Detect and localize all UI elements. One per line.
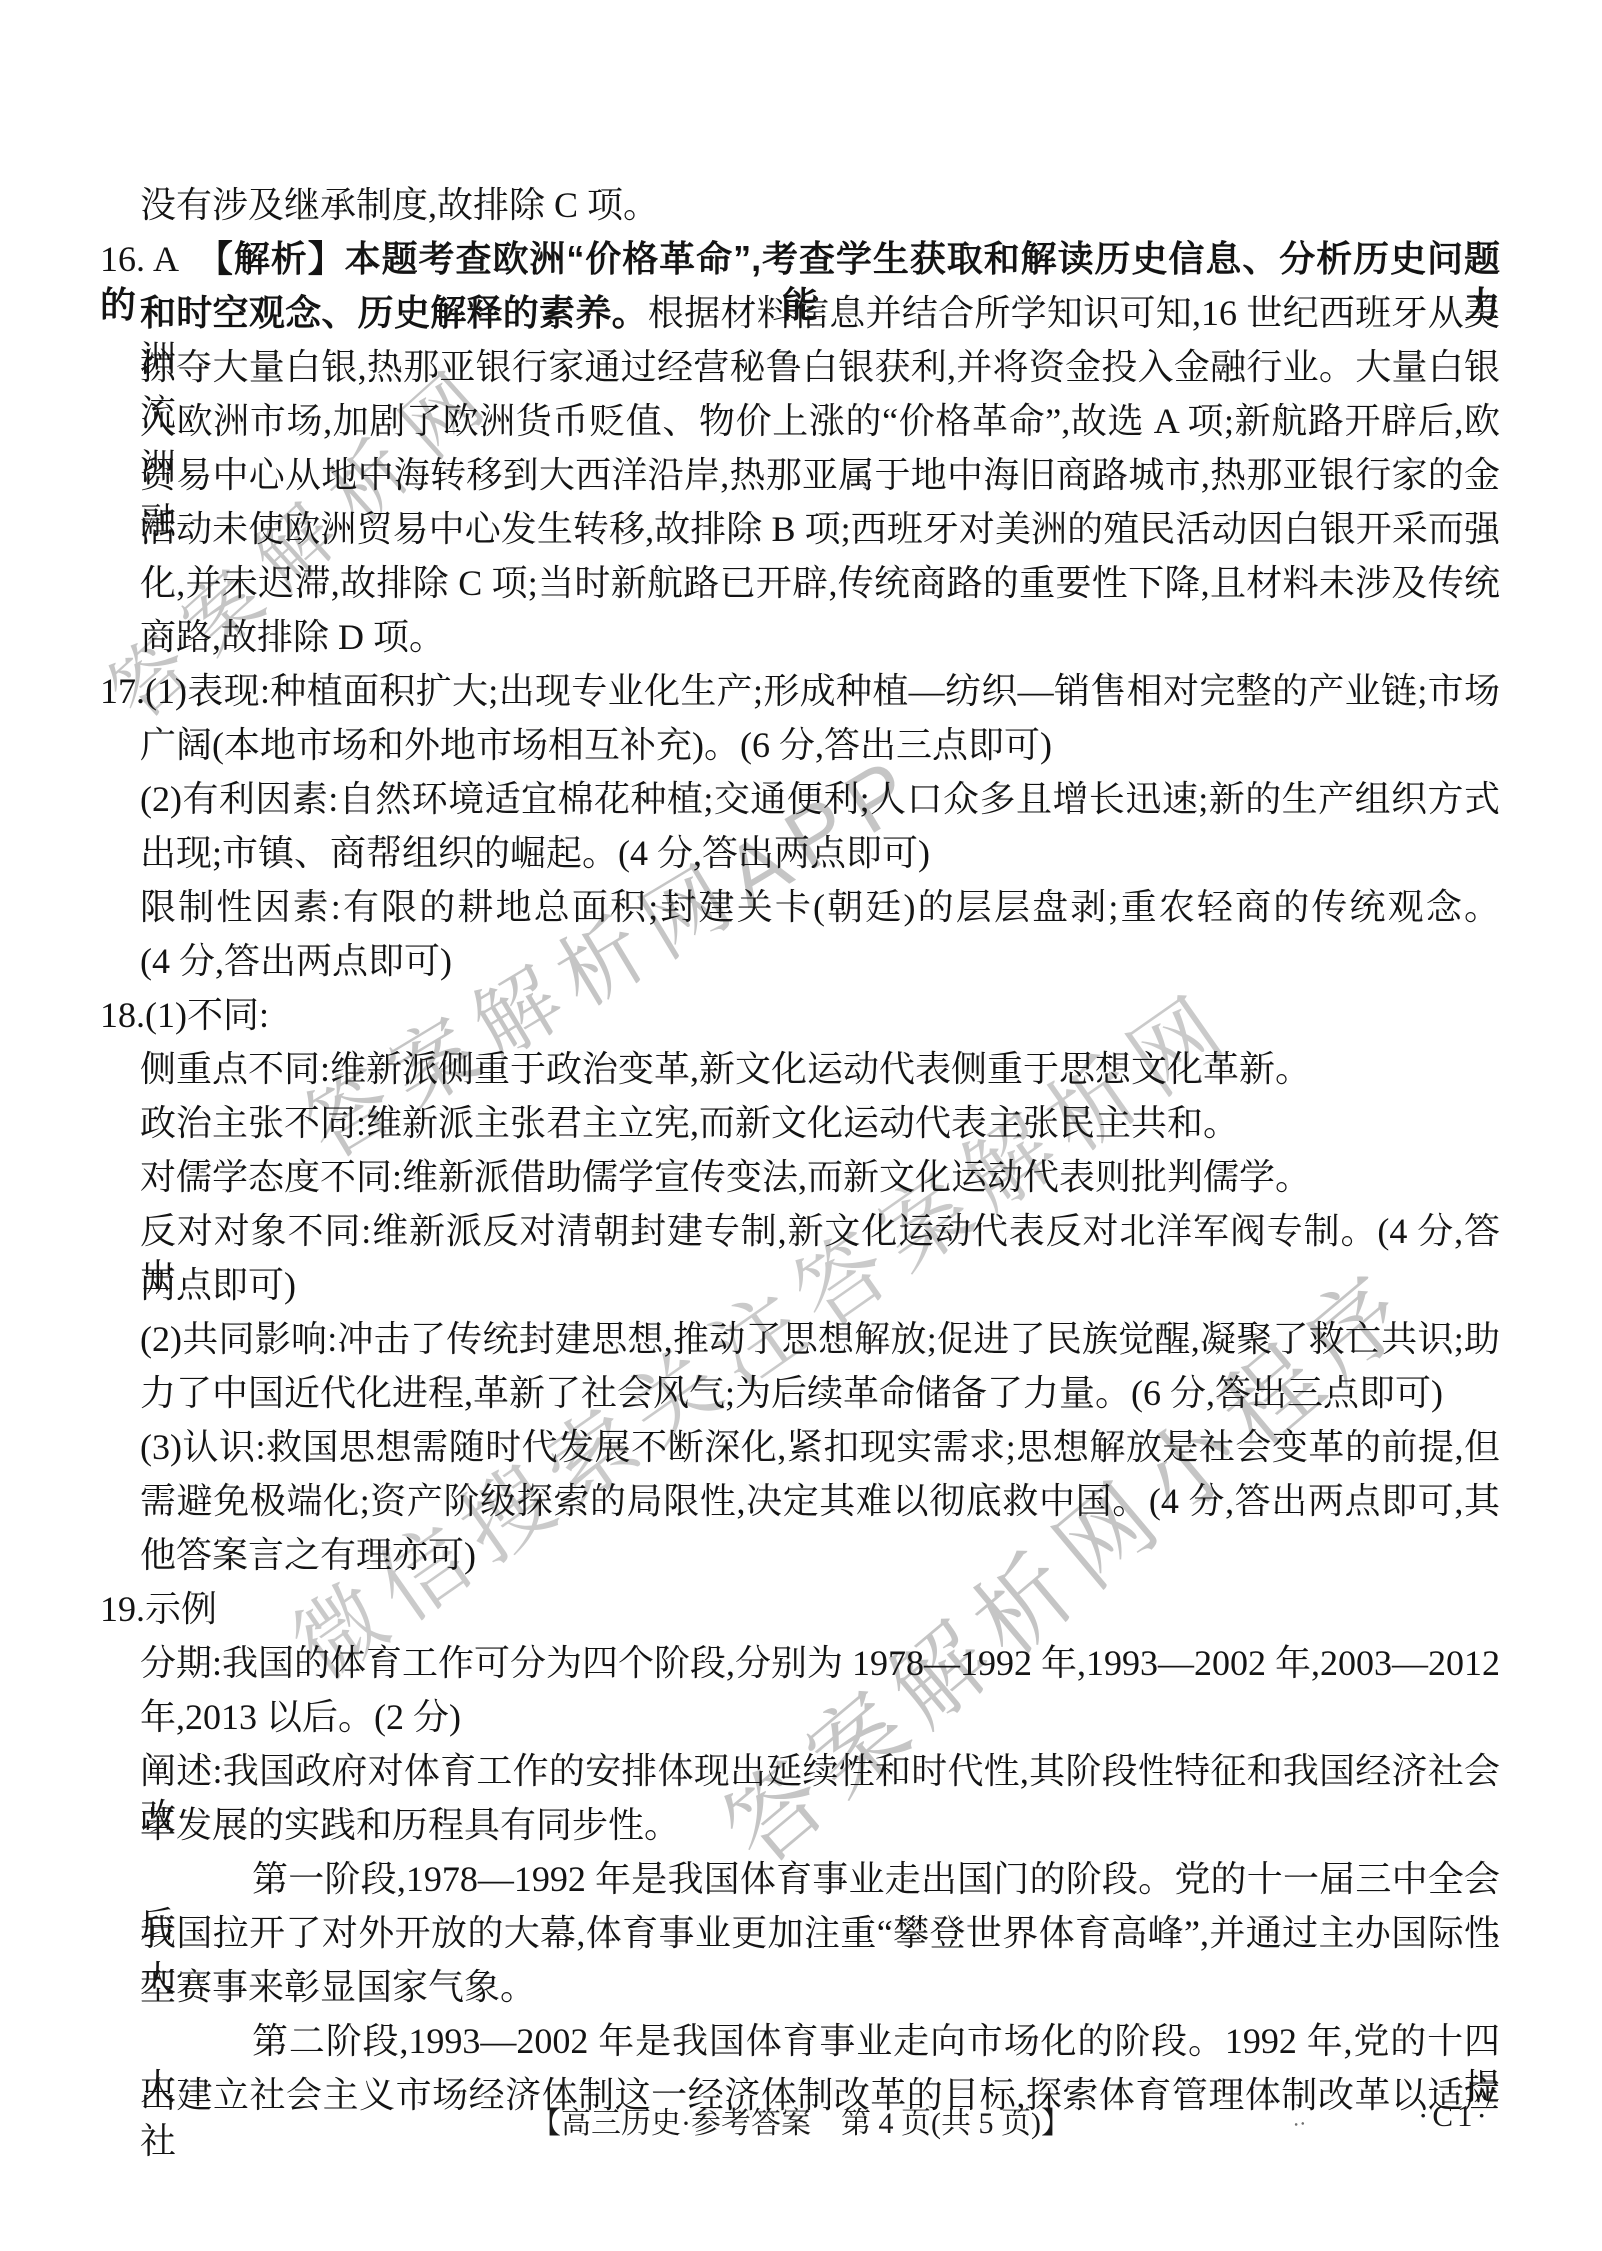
text-line: (2)共同影响:冲击了传统封建思想,推动了思想解放;促进了民族觉醒,凝聚了救亡共… xyxy=(140,1316,1500,1362)
text-line: 活动未使欧洲贸易中心发生转移,故排除 B 项;西班牙对美洲的殖民活动因白银开采而… xyxy=(140,506,1500,552)
footer-page-number: 【高三历史·参考答案 第 4 页(共 5 页)】 xyxy=(0,2098,1602,2142)
answer-text: (4 分,答出两点即可) xyxy=(140,941,452,981)
text-line: 他答案言之有理亦可) xyxy=(140,1532,1500,1578)
text-line: 力了中国近代化进程,革新了社会风气;为后续革命储备了力量。(6 分,答出三点即可… xyxy=(140,1370,1500,1416)
text-line: 型赛事来彰显国家气象。 xyxy=(140,1964,1500,2010)
answer-text: 型赛事来彰显国家气象。 xyxy=(140,1967,536,2007)
text-line: 分期:我国的体育工作可分为四个阶段,分别为 1978—1992 年,1993—2… xyxy=(140,1640,1500,1686)
answer-text: 两点即可) xyxy=(140,1265,296,1305)
answer-text: (2)有利因素:自然环境适宜棉花种植;交通便利;人口众多且增长迅速;新的生产组织… xyxy=(140,779,1500,819)
answer-text: 限制性因素:有限的耕地总面积;封建关卡(朝廷)的层层盘剥;重农轻商的传统观念。 xyxy=(140,887,1500,927)
answer-text: 年,2013 以后。(2 分) xyxy=(140,1697,461,1737)
text-line: 革发展的实践和历程具有同步性。 xyxy=(140,1802,1500,1848)
text-line: 19.示例 xyxy=(100,1586,1500,1632)
text-line: 17.(1)表现:种植面积扩大;出现专业化生产;形成种植—纺织—销售相对完整的产… xyxy=(100,668,1500,714)
answer-text: 18.(1)不同: xyxy=(100,995,269,1035)
answer-text: 没有涉及继承制度,故排除 C 项。 xyxy=(140,185,659,225)
answer-text-layer: 没有涉及继承制度,故排除 C 项。16. A 【解析】本题考查欧洲“价格革命”,… xyxy=(0,0,1602,2251)
answer-text: 分期:我国的体育工作可分为四个阶段,分别为 1978—1992 年,1993—2… xyxy=(140,1643,1500,1683)
text-line: 两点即可) xyxy=(140,1262,1500,1308)
text-line: 商路,故排除 D 项。 xyxy=(140,614,1500,660)
text-line: 需避免极端化;资产阶级探索的局限性,决定其难以彻底救中国。(4 分,答出两点即可… xyxy=(140,1478,1500,1524)
text-line: (2)有利因素:自然环境适宜棉花种植;交通便利;人口众多且增长迅速;新的生产组织… xyxy=(140,776,1500,822)
text-line: 侧重点不同:维新派侧重于政治变革,新文化运动代表侧重于思想文化革新。 xyxy=(140,1046,1500,1092)
answer-text: 商路,故排除 D 项。 xyxy=(140,617,445,657)
answer-text: (2)共同影响:冲击了传统封建思想,推动了思想解放;促进了民族觉醒,凝聚了救亡共… xyxy=(140,1319,1500,1359)
answer-text: 他答案言之有理亦可) xyxy=(140,1535,476,1575)
answer-text: 19.示例 xyxy=(100,1589,217,1629)
footer-paper-code: ·C1· xyxy=(1418,2098,1578,2134)
text-line: 没有涉及继承制度,故排除 C 项。 xyxy=(140,182,1500,228)
text-line: 18.(1)不同: xyxy=(100,992,1500,1038)
text-line: 年,2013 以后。(2 分) xyxy=(140,1694,1500,1740)
answer-text: 化,并未迟滞,故排除 C 项;当时新航路已开辟,传统商路的重要性下降,且材料未涉… xyxy=(140,563,1500,603)
answer-text: 需避免极端化;资产阶级探索的局限性,决定其难以彻底救中国。(4 分,答出两点即可… xyxy=(140,1481,1500,1521)
answer-text: 力了中国近代化进程,革新了社会风气;为后续革命储备了力量。(6 分,答出三点即可… xyxy=(140,1373,1443,1413)
answer-text: 政治主张不同:维新派主张君主立宪,而新文化运动代表主张民主共和。 xyxy=(140,1103,1239,1143)
text-line: 化,并未迟滞,故排除 C 项;当时新航路已开辟,传统商路的重要性下降,且材料未涉… xyxy=(140,560,1500,606)
text-line: 广阔(本地市场和外地市场相互补充)。(6 分,答出三点即可) xyxy=(140,722,1500,768)
answer-text: 革发展的实践和历程具有同步性。 xyxy=(140,1805,680,1845)
text-line: 出现;市镇、商帮组织的崛起。(4 分,答出两点即可) xyxy=(140,830,1500,876)
answer-text: 出现;市镇、商帮组织的崛起。(4 分,答出两点即可) xyxy=(140,833,930,873)
answer-text: 活动未使欧洲贸易中心发生转移,故排除 B 项;西班牙对美洲的殖民活动因白银开采而… xyxy=(140,509,1500,549)
answer-text: 侧重点不同:维新派侧重于政治变革,新文化运动代表侧重于思想文化革新。 xyxy=(140,1049,1311,1089)
answer-text: 对儒学态度不同:维新派借助儒学宣传变法,而新文化运动代表则批判儒学。 xyxy=(140,1157,1311,1197)
text-line: 对儒学态度不同:维新派借助儒学宣传变法,而新文化运动代表则批判儒学。 xyxy=(140,1154,1500,1200)
answer-text: 广阔(本地市场和外地市场相互补充)。(6 分,答出三点即可) xyxy=(140,725,1052,765)
text-line: (4 分,答出两点即可) xyxy=(140,938,1500,984)
text-line: (3)认识:救国思想需随时代发展不断深化,紧扣现实需求;思想解放是社会变革的前提… xyxy=(140,1424,1500,1470)
answer-text: (3)认识:救国思想需随时代发展不断深化,紧扣现实需求;思想解放是社会变革的前提… xyxy=(140,1427,1500,1467)
text-line: 政治主张不同:维新派主张君主立宪,而新文化运动代表主张民主共和。 xyxy=(140,1100,1500,1146)
answer-text: 17.(1)表现:种植面积扩大;出现专业化生产;形成种植—纺织—销售相对完整的产… xyxy=(100,671,1500,711)
answer-text-bold: 和时空观念、历史解释的素养。 xyxy=(140,292,648,333)
text-line: 限制性因素:有限的耕地总面积;封建关卡(朝廷)的层层盘剥;重农轻商的传统观念。 xyxy=(140,884,1500,930)
answer-text: 16. A xyxy=(100,239,215,279)
answer-key-page: 答案解析网答案解析网APP微信搜索关注答案解析网答案解析网小程序 没有涉及继承制… xyxy=(0,0,1602,2251)
